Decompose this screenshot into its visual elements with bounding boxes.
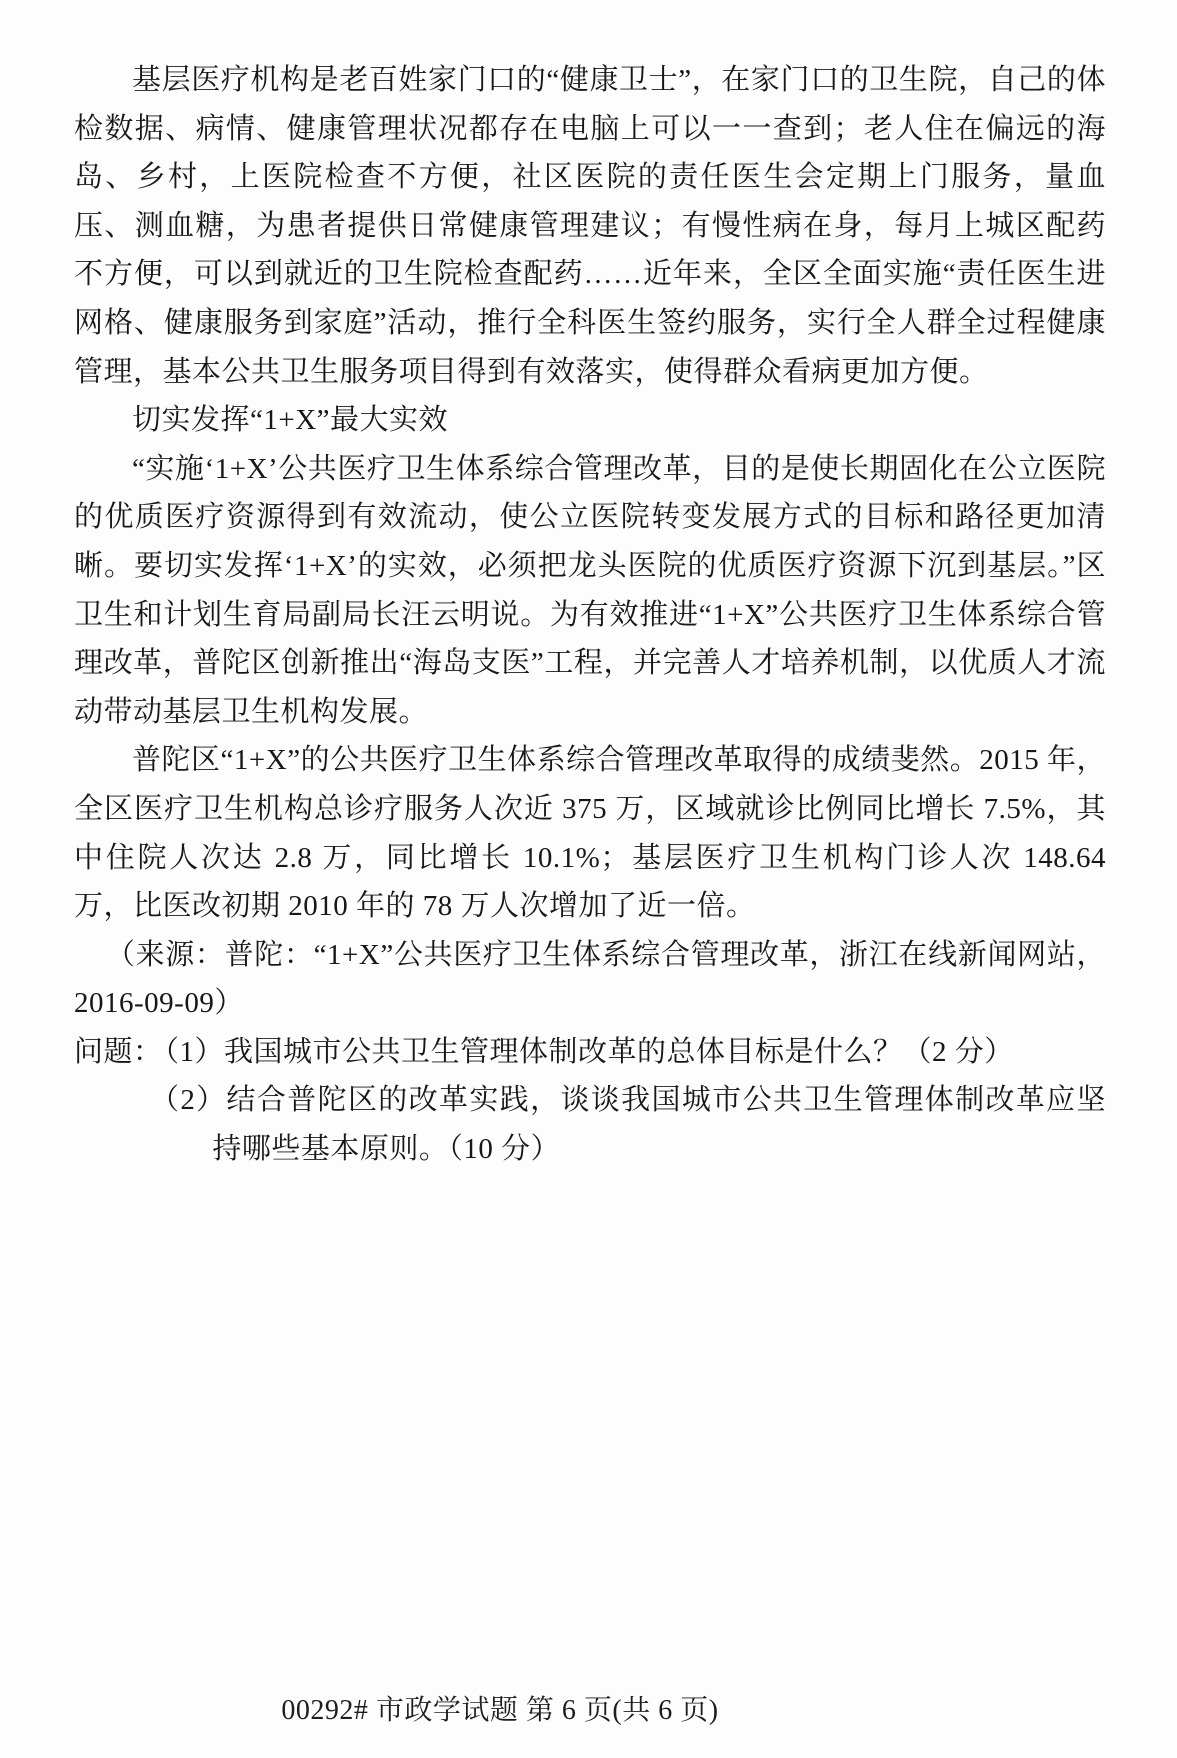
question-2: （2）结合普陀区的改革实践，谈谈我国城市公共卫生管理体制改革应坚持哪些基本原则。… — [150, 1076, 1106, 1173]
question-row-2: （2）结合普陀区的改革实践，谈谈我国城市公共卫生管理体制改革应坚持哪些基本原则。… — [74, 1076, 1106, 1173]
question-row-1: 问题： （1）我国城市公共卫生管理体制改革的总体目标是什么？（2 分） — [74, 1028, 1106, 1077]
page-footer: 00292# 市政学试题 第 6 页(共 6 页) — [0, 1688, 1000, 1728]
question-1: （1）我国城市公共卫生管理体制改革的总体目标是什么？（2 分） — [150, 1028, 1106, 1077]
source-line: （来源：普陀：“1+X”公共医疗卫生体系综合管理改革，浙江在线新闻网站，2016… — [74, 931, 1106, 1028]
passage-paragraph-3: 普陀区“1+X”的公共医疗卫生体系综合管理改革取得的成绩斐然。2015 年，全区… — [74, 736, 1106, 930]
passage-subheading: 切实发挥“1+X”最大实效 — [74, 396, 1106, 445]
passage-paragraph-1: 基层医疗机构是老百姓家门口的“健康卫士”，在家门口的卫生院，自己的体检数据、病情… — [74, 56, 1106, 396]
exam-body: 基层医疗机构是老百姓家门口的“健康卫士”，在家门口的卫生院，自己的体检数据、病情… — [74, 56, 1106, 1174]
passage-paragraph-2: “实施‘1+X’公共医疗卫生体系综合管理改革，目的是使长期固化在公立医院的优质医… — [74, 445, 1106, 737]
questions-label: 问题： — [74, 1028, 150, 1077]
exam-page: 基层医疗机构是老百姓家门口的“健康卫士”，在家门口的卫生院，自己的体检数据、病情… — [0, 0, 1177, 1758]
